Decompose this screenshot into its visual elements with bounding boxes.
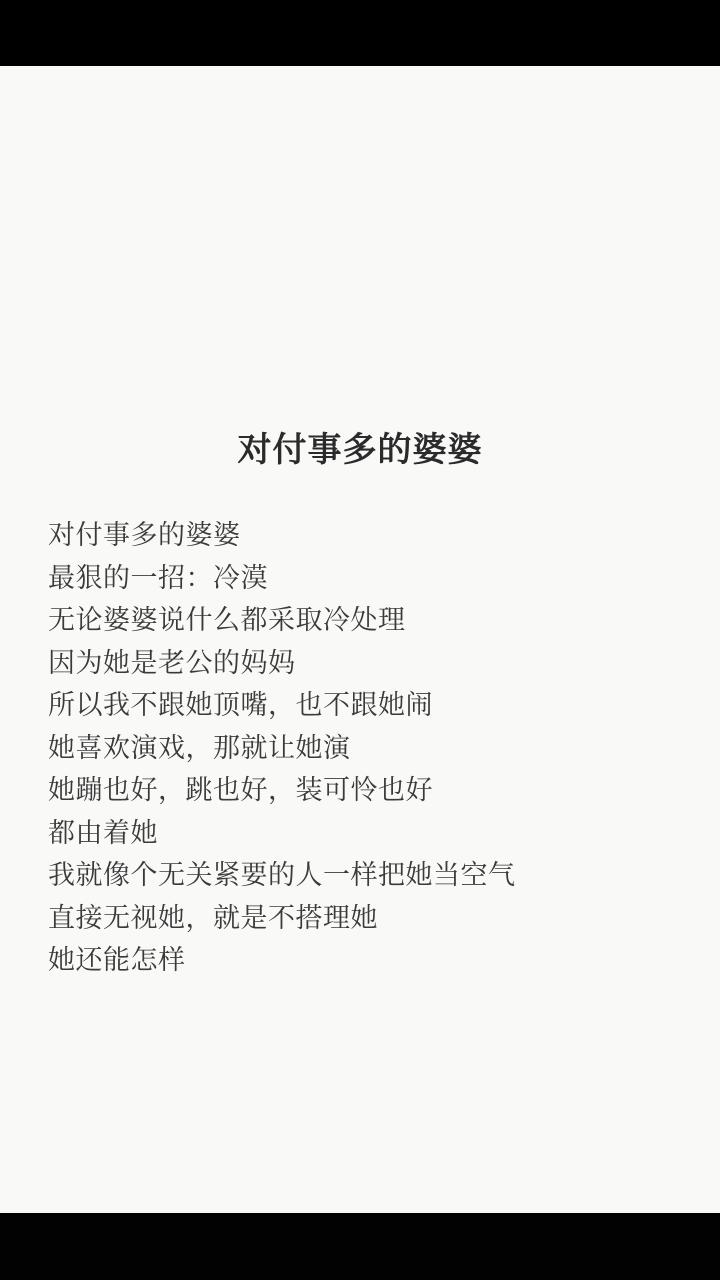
article-body: 对付事多的婆婆 最狠的一招：冷漠 无论婆婆说什么都采取冷处理 因为她是老公的妈妈…	[48, 515, 516, 983]
video-frame: 对付事多的婆婆 对付事多的婆婆 最狠的一招：冷漠 无论婆婆说什么都采取冷处理 因…	[0, 0, 720, 1280]
body-line: 她蹦也好，跳也好，装可怜也好	[48, 770, 516, 813]
body-line: 因为她是老公的妈妈	[48, 643, 516, 686]
letterbox-bottom	[0, 1213, 720, 1280]
body-line: 她喜欢演戏，那就让她演	[48, 728, 516, 771]
text-card: 对付事多的婆婆 对付事多的婆婆 最狠的一招：冷漠 无论婆婆说什么都采取冷处理 因…	[0, 66, 720, 1213]
body-line: 无论婆婆说什么都采取冷处理	[48, 600, 516, 643]
body-line: 她还能怎样	[48, 940, 516, 983]
body-line: 都由着她	[48, 813, 516, 856]
body-line: 我就像个无关紧要的人一样把她当空气	[48, 855, 516, 898]
body-line: 最狠的一招：冷漠	[48, 558, 516, 601]
body-line: 对付事多的婆婆	[48, 515, 516, 558]
body-line: 所以我不跟她顶嘴，也不跟她闹	[48, 685, 516, 728]
article-title: 对付事多的婆婆	[0, 422, 720, 471]
body-line: 直接无视她，就是不搭理她	[48, 898, 516, 941]
letterbox-top	[0, 0, 720, 66]
